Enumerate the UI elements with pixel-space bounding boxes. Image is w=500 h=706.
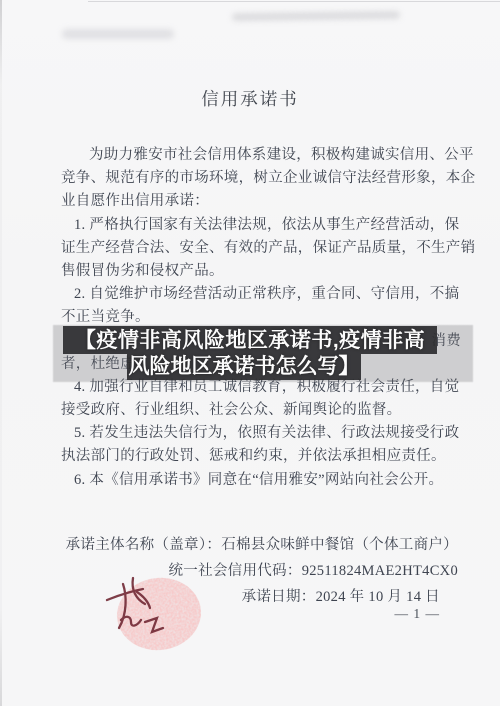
- document-body: 为助力雅安市社会信用体系建设，积极构建诚实信用、公平竞争、规范有序的市场环境，树…: [61, 144, 461, 492]
- fingerprint-stamp: [93, 570, 219, 660]
- fingerprint-texture: [112, 573, 205, 656]
- subject-line: 承诺主体名称（盖章）：石棉县众味鲜中餐馆（个体工商户）: [60, 533, 458, 559]
- credit-code-value: 92511824MAE2HT4CX0: [302, 563, 458, 579]
- watermark-line-2: 风险地区承诺书怎么写】: [127, 354, 361, 380]
- scan-smudge: [232, 11, 400, 21]
- document-text-line: 执法部门的行政处罚、惩戒和约束，并依法承担相应责任。: [61, 445, 461, 468]
- document-text-line: 2. 自觉维护市场经营活动正常秩序，重合同、守信用，不搞: [61, 283, 461, 306]
- watermark-line-1: 【疫情非高风险地区承诺书,疫情非高: [63, 326, 437, 354]
- scan-smudge: [62, 29, 174, 39]
- subject-value: 石棉县众味鲜中餐馆（个体工商户）: [221, 537, 458, 553]
- scan-artifact-topline: [88, 1, 500, 2]
- document-text-line: 为助力雅安市社会信用体系建设，积极构建诚实信用、公平: [61, 144, 461, 167]
- document-text-line: 接受政府、行业组织、社会公众、新闻舆论的监督。: [61, 399, 461, 422]
- document-text-line: 售假冒伪劣和侵权产品。: [61, 260, 461, 283]
- subject-label: 承诺主体名称（盖章）：: [66, 537, 222, 553]
- stamp-graphic: [93, 570, 219, 660]
- document-text-line: 1. 严格执行国家有关法律法规，依法从事生产经营活动，保: [61, 214, 461, 237]
- date-value: 2024 年 10 月 14 日: [316, 589, 440, 605]
- date-label: 承诺日期：: [242, 589, 316, 605]
- document-text-line: 证生产经营合法、安全、有效的产品，保证产品质量，不生产销: [61, 237, 461, 260]
- document-text-line: 5. 若发生违法失信行为，依照有关法律、行政法规接受行政: [61, 422, 461, 445]
- page-number: — 1 —: [395, 606, 441, 622]
- document-text-line: 6. 本《信用承诺书》同意在“信用雅安”网站向社会公开。: [61, 469, 461, 492]
- document-title: 信用承诺书: [0, 86, 500, 111]
- document-text-line: 竞争、规范有序的市场环境，树立企业诚信守法经营形象，本企: [61, 167, 461, 190]
- scanned-page: 信用承诺书 为助力雅安市社会信用体系建设，积极构建诚实信用、公平竞争、规范有序的…: [0, 0, 500, 706]
- document-text-line: 业自愿作出信用承诺：: [61, 190, 461, 213]
